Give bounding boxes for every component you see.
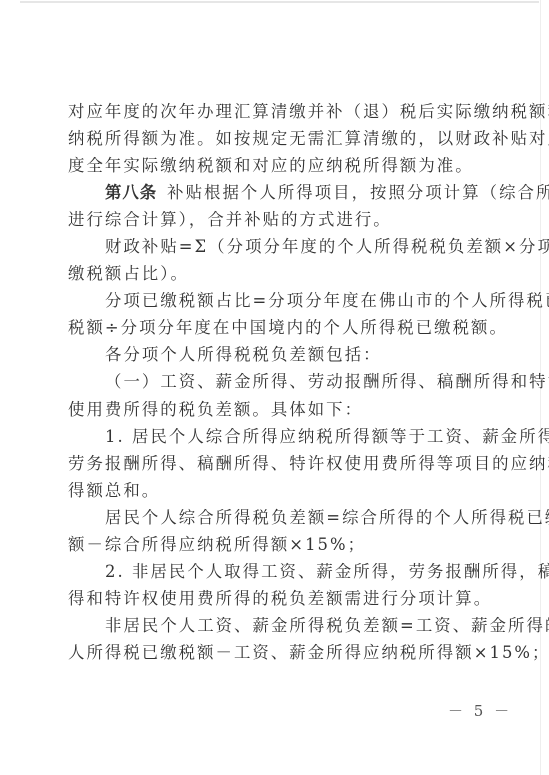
text-line: 税额÷分项分年度在中国境内的个人所得税已缴税额。 <box>68 314 480 341</box>
formula-line: 居民个人综合所得税负差额=综合所得的个人所得税已缴税 <box>68 504 480 531</box>
article-text: 补贴根据个人所得项目，按照分项计算（综合所得 <box>167 183 549 202</box>
text-line: 纳税所得额为准。如按规定无需汇算清缴的，以财政补贴对应年 <box>68 125 480 152</box>
section-heading-line: （一）工资、薪金所得、劳动报酬所得、稿酬所得和特许权 <box>68 368 480 395</box>
text-line: 使用费所得的税负差额。具体如下： <box>68 396 480 423</box>
text-line: 额－综合所得应纳税所得额×15%； <box>68 531 480 558</box>
text-line: 各分项个人所得税税负差额包括： <box>68 341 480 368</box>
text-line: 劳务报酬所得、稿酬所得、特许权使用费所得等项目的应纳税所 <box>68 450 480 477</box>
list-item-line: 1. 居民个人综合所得应纳税所得额等于工资、薪金所得、 <box>68 423 480 450</box>
article-label: 第八条 <box>105 183 157 202</box>
page-edge-top <box>20 1 539 3</box>
page-number: － 5 － <box>448 700 512 721</box>
text-line: 缴税额占比）。 <box>68 260 480 287</box>
text-line: 得和特许权使用费所得的税负差额需进行分项计算。 <box>68 585 480 612</box>
text-line: 得额总和。 <box>68 477 480 504</box>
formula-line: 分项已缴税额占比=分项分年度在佛山市的个人所得税已缴 <box>68 287 480 314</box>
article-8-line: 第八条补贴根据个人所得项目，按照分项计算（综合所得 <box>68 179 480 206</box>
document-body: 对应年度的次年办理汇算清缴并补（退）税后实际缴纳税额和应 纳税所得额为准。如按规… <box>68 98 480 666</box>
text-line: 进行综合计算），合并补贴的方式进行。 <box>68 206 480 233</box>
formula-line: 非居民个人工资、薪金所得税负差额=工资、薪金所得的个 <box>68 612 480 639</box>
formula-line: 财政补贴=Σ（分项分年度的个人所得税税负差额×分项已 <box>68 233 480 260</box>
list-item-line: 2. 非居民个人取得工资、薪金所得，劳务报酬所得，稿酬所 <box>68 558 480 585</box>
text-line: 对应年度的次年办理汇算清缴并补（退）税后实际缴纳税额和应 <box>68 98 480 125</box>
text-line: 人所得税已缴税额－工资、薪金所得应纳税所得额×15%； <box>68 639 480 666</box>
text-line: 度全年实际缴纳税额和对应的应纳税所得额为准。 <box>68 152 480 179</box>
